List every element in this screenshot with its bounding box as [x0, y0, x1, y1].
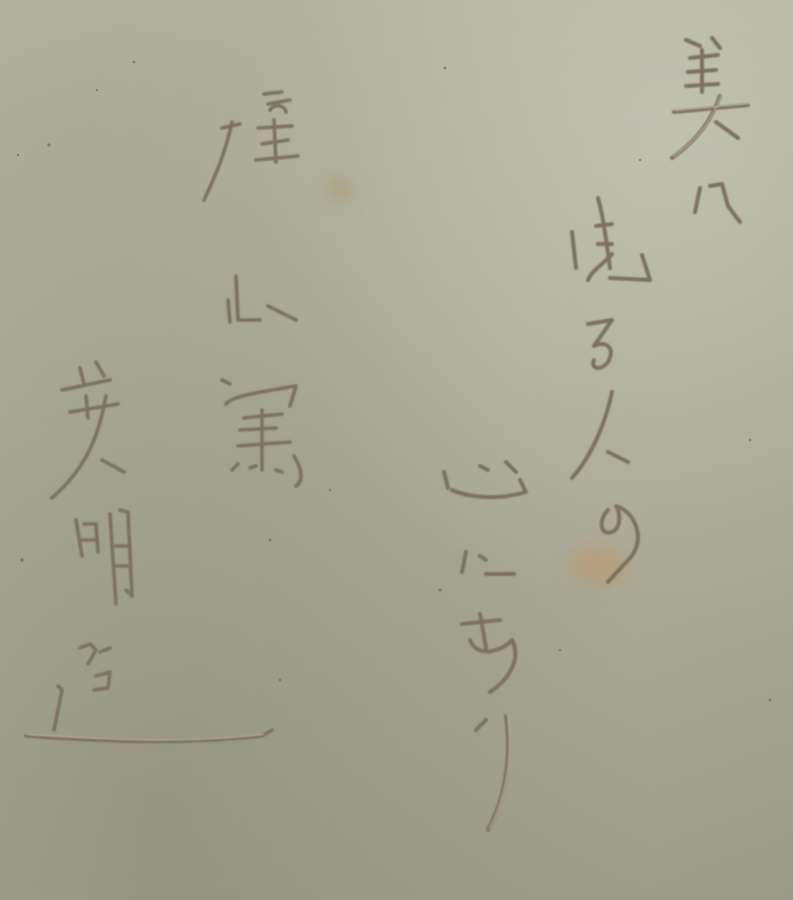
- surface-stains: [328, 180, 628, 585]
- kiln-name-column: [204, 92, 301, 486]
- photo-scene: 美は見る人の 心にあり 櫻山窯 英明造: [0, 0, 793, 900]
- calligraphy-layer: [0, 0, 793, 900]
- signature-column: [26, 362, 272, 741]
- poem-column-right: [572, 38, 748, 582]
- poem-column-left: [444, 462, 526, 830]
- surface-speckles: [17, 61, 772, 702]
